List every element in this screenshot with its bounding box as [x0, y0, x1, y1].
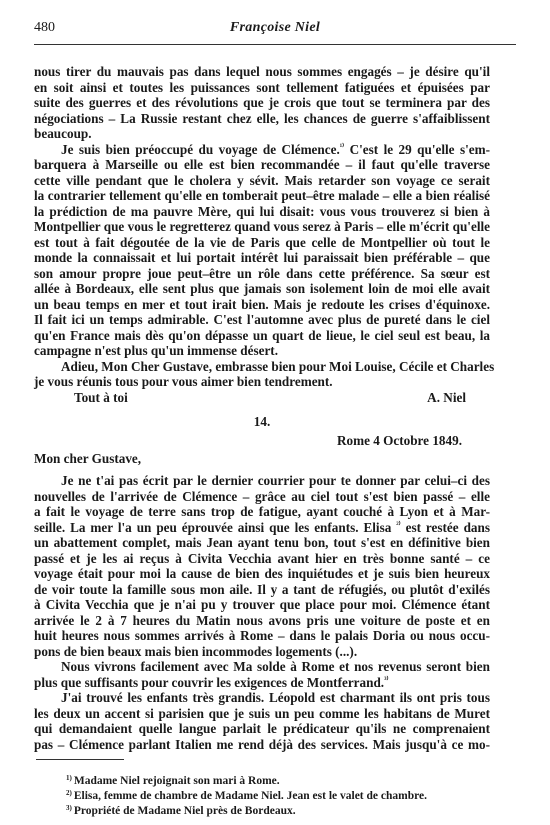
text-line: voyage était pour moi la cause de bien d…	[34, 566, 490, 582]
paragraph-enfants: J'ai trouvé les enfants très grandis. Lé…	[34, 690, 490, 752]
text-line: barquera à Marseille ou elle est bien re…	[34, 157, 490, 173]
text-line: allée à Bordeaux, elle sent plus que jam…	[34, 281, 490, 297]
text-line: qu'en France mais dès qu'on dépasse un q…	[34, 328, 490, 344]
continuation-paragraph: nous tirer du mauvais pas dans lequel no…	[34, 64, 490, 142]
footnotes: 1)Madame Niel rejoignait son mari à Rome…	[66, 774, 427, 819]
text-line: Montpellier que vous le regretterez quan…	[34, 219, 490, 235]
text-line: la prédiction de ma pauvre Mère, qui lui…	[34, 204, 490, 220]
text-line: je vous réunis tous pour vous aimer bien…	[34, 374, 490, 390]
signature: A. Niel	[427, 390, 466, 406]
text-line: nouvelles de l'arrivée de Clémence – grâ…	[34, 489, 490, 505]
text-line: seille. La mer l'a un peu éprouvée ainsi…	[34, 520, 490, 536]
text-line: monde la connaissait et lui portait inté…	[34, 250, 490, 266]
text-line: Je suis bien préoccupé du voyage de Clém…	[34, 142, 490, 158]
text-line: la contrarier tellement qu'elle en tombe…	[34, 188, 490, 204]
text-line: est tout à fait dégoutée de la vie de Pa…	[34, 235, 490, 251]
text-line: en soit ainsi et toutes les puissances s…	[34, 80, 490, 96]
text-line: beaucoup.	[34, 126, 490, 142]
text-line: pas – Clémence parlant Italien me rend d…	[34, 737, 490, 753]
text-line: cette ville pendant que le cholera y sév…	[34, 173, 490, 189]
footnote-1: 1)Madame Niel rejoignait son mari à Rome…	[66, 774, 427, 789]
text-line: a fait le voyage de terre sans trop de f…	[34, 504, 490, 520]
letter-number: 14.	[34, 411, 490, 433]
text-line: plus que suffisants pour couvrir les exi…	[34, 675, 490, 691]
text-line: arrivée le 2 à 7 heures du Matin nous av…	[34, 613, 490, 629]
footnote-3: 3)Propriété de Madame Niel près de Borde…	[66, 804, 427, 819]
page-header: 480 Françoise Niel	[34, 20, 516, 42]
text-line: un abattement complet, mais Jean ayant t…	[34, 535, 490, 551]
paragraph-voyage-clemence: Je suis bien préoccupé du voyage de Clém…	[34, 142, 490, 359]
text-line: Nous vivrons facilement avec Ma solde à …	[34, 659, 490, 675]
text-line: son amour propre joue peut–être un rôle …	[34, 266, 490, 282]
text-line: qui demandaient quelle langue parlait le…	[34, 721, 490, 737]
text-line: nous tirer du mauvais pas dans lequel no…	[34, 64, 490, 80]
paragraph-adieu: Adieu, Mon Cher Gustave, embrasse bien p…	[34, 359, 490, 390]
footnote-2: 2)Elisa, femme de chambre de Madame Niel…	[66, 789, 427, 804]
footnote-rule	[36, 759, 124, 760]
text-line: J'ai trouvé les enfants très grandis. Lé…	[34, 690, 490, 706]
text-line: campagne n'est plus qu'un immense désert…	[34, 343, 490, 359]
paragraph-solde: Nous vivrons facilement avec Ma solde à …	[34, 659, 490, 690]
text-line: de voir toute la famille sous mon aile. …	[34, 582, 490, 598]
paragraph-arrivee: Je ne t'ai pas écrit par le dernier cour…	[34, 473, 490, 659]
text-line: huit heures nous sommes arrivés à Rome –…	[34, 628, 490, 644]
letter-salutation: Mon cher Gustave,	[34, 451, 490, 473]
text-line: à Civita Vecchia que je n'ai pu y trouve…	[34, 597, 490, 613]
text-line: un beau temps en mer et tout irait bien.…	[34, 297, 490, 313]
closing-phrase: Tout à toi	[74, 390, 128, 406]
header-rule	[34, 44, 516, 45]
text-line: les deux un accent si parisien que je su…	[34, 706, 490, 722]
page-body: nous tirer du mauvais pas dans lequel no…	[34, 64, 490, 752]
closing-row: Tout à toi A. Niel	[34, 390, 490, 406]
letter-dateline: Rome 4 Octobre 1849.	[34, 433, 490, 451]
text-line: Je ne t'ai pas écrit par le dernier cour…	[34, 473, 490, 489]
running-title: Françoise Niel	[34, 20, 516, 36]
text-line: négociations – La Russie restant chez el…	[34, 111, 490, 127]
footnote-ref-3[interactable]: ³⁾	[384, 675, 388, 684]
text-line: Adieu, Mon Cher Gustave, embrasse bien p…	[34, 359, 490, 375]
text-line: pons de bien beaux mais bien incommodes …	[34, 644, 490, 660]
text-line: passé et je les ai reçus à Civita Vecchi…	[34, 551, 490, 567]
book-page: 480 Françoise Niel nous tirer du mauvais…	[0, 0, 550, 825]
text-line: Il fait ici un temps admirable. C'est l'…	[34, 312, 490, 328]
text-line: suite des guerres et des révolutions que…	[34, 95, 490, 111]
